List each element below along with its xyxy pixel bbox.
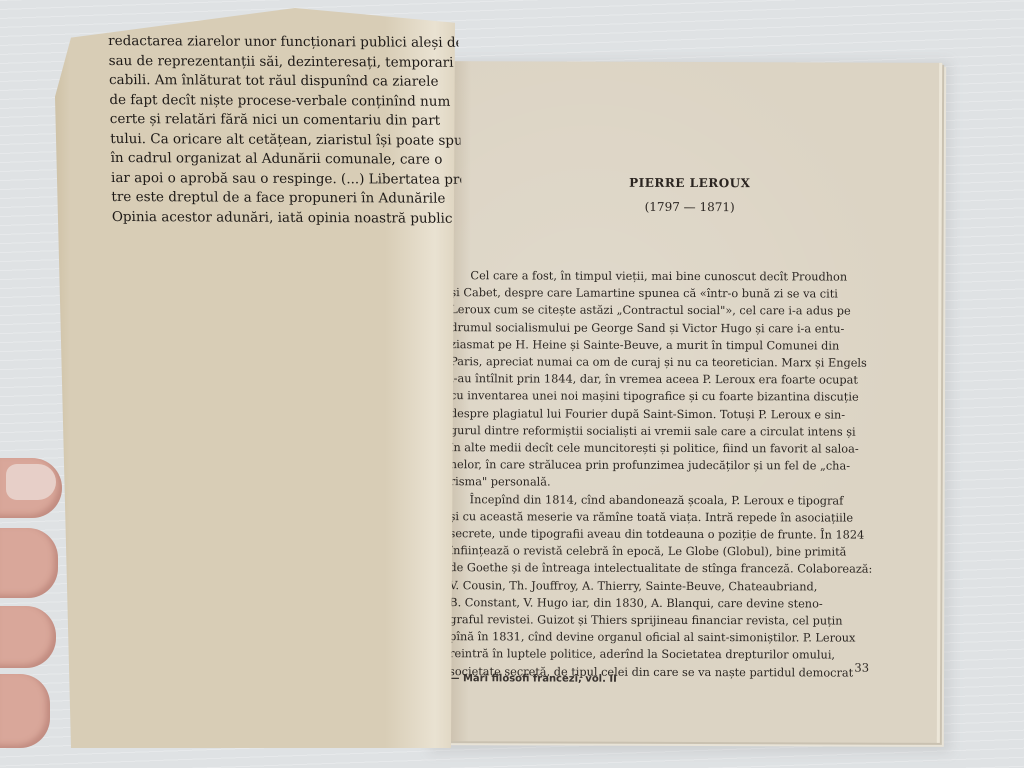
text-line: iar apoi o aprobă sau o respinge. (...) …: [111, 168, 462, 189]
text-line: graful revistei. Guizot și Thiers spriji…: [449, 611, 877, 630]
text-line: V. Cousin, Th. Jouffroy, A. Thierry, Sai…: [449, 577, 877, 596]
text-line: Paris, apreciat numai ca om de curaj și …: [450, 353, 878, 372]
text-line: nelor, în care strălucea prin profunzime…: [450, 456, 878, 475]
text-line: Începînd din 1814, cînd abandonează școa…: [450, 491, 878, 510]
text-line: B. Constant, V. Hugo iar, din 1830, A. B…: [449, 594, 877, 613]
text-line: ziasmat pe H. Heine și Sainte-Beuve, a m…: [450, 336, 878, 355]
footer-signature: 3 — Mari filosofi francezi, vol. II: [439, 673, 617, 685]
text-line: drumul socialismului pe George Sand și V…: [450, 319, 878, 338]
text-line: în cadrul organizat al Adunării comunale…: [110, 149, 461, 170]
text-line: și Cabet, despre care Lamartine spunea c…: [450, 284, 878, 303]
text-line: despre plagiatul lui Fourier după Saint-…: [450, 405, 878, 424]
text-line: Opinia acestor adunări, iată opinia noas…: [112, 207, 463, 228]
chapter-dates: (1797 — 1871): [441, 199, 939, 215]
hand: [0, 448, 60, 748]
finger: [0, 606, 56, 668]
text-line: de Goethe și de întreaga intelectualitat…: [449, 560, 877, 579]
text-line: redactarea ziarelor unor funcționari pub…: [108, 32, 459, 53]
text-line: sau de reprezentanții săi, dezinteresați…: [108, 51, 459, 72]
right-page: PIERRE LEROUX (1797 — 1871) Cel care a f…: [439, 61, 942, 743]
text-line: l-au întîlnit prin 1844, dar, în vremea …: [450, 370, 878, 389]
text-line: tului. Ca oricare alt cetățean, ziaristu…: [110, 129, 461, 150]
text-line: Cel care a fost, în timpul vieții, mai b…: [450, 267, 878, 286]
text-line: și cu această meserie va rămîne toată vi…: [450, 508, 878, 527]
text-line: reintră în luptele politice, aderînd la …: [449, 646, 877, 665]
text-line: pînă în 1831, cînd devine organul oficia…: [449, 628, 877, 647]
finger: [0, 528, 58, 598]
text-line: Leroux cum se citește astăzi „Contractul…: [450, 302, 878, 321]
text-line: risma" personală.: [450, 474, 878, 493]
text-line: gurul dintre reformiștii socialiști ai v…: [450, 422, 878, 441]
page-number: 33: [854, 661, 869, 675]
text-line: cu inventarea unei noi mașini tipografic…: [450, 388, 878, 407]
thumb-nail: [6, 464, 56, 500]
text-line: secrete, unde tipografii aveau din totde…: [450, 525, 878, 544]
text-line: de fapt decît niște procese-verbale conț…: [109, 90, 460, 111]
text-line: cabili. Am înlăturat tot răul dispunînd …: [109, 71, 460, 92]
body-text: Cel care a fost, în timpul vieții, mai b…: [449, 267, 878, 681]
text-line: tre este dreptul de a face propuneri în …: [111, 188, 462, 209]
finger: [0, 674, 50, 748]
text-line: în alte medii decît cele muncitorești și…: [450, 439, 878, 458]
left-page-text: redactarea ziarelor unor funcționari pub…: [108, 32, 462, 229]
text-line: înființează o revistă celebră în epocă, …: [449, 542, 877, 561]
chapter-title: PIERRE LEROUX: [441, 175, 939, 191]
text-line: certe și relatări fără nici un comentari…: [110, 110, 461, 131]
